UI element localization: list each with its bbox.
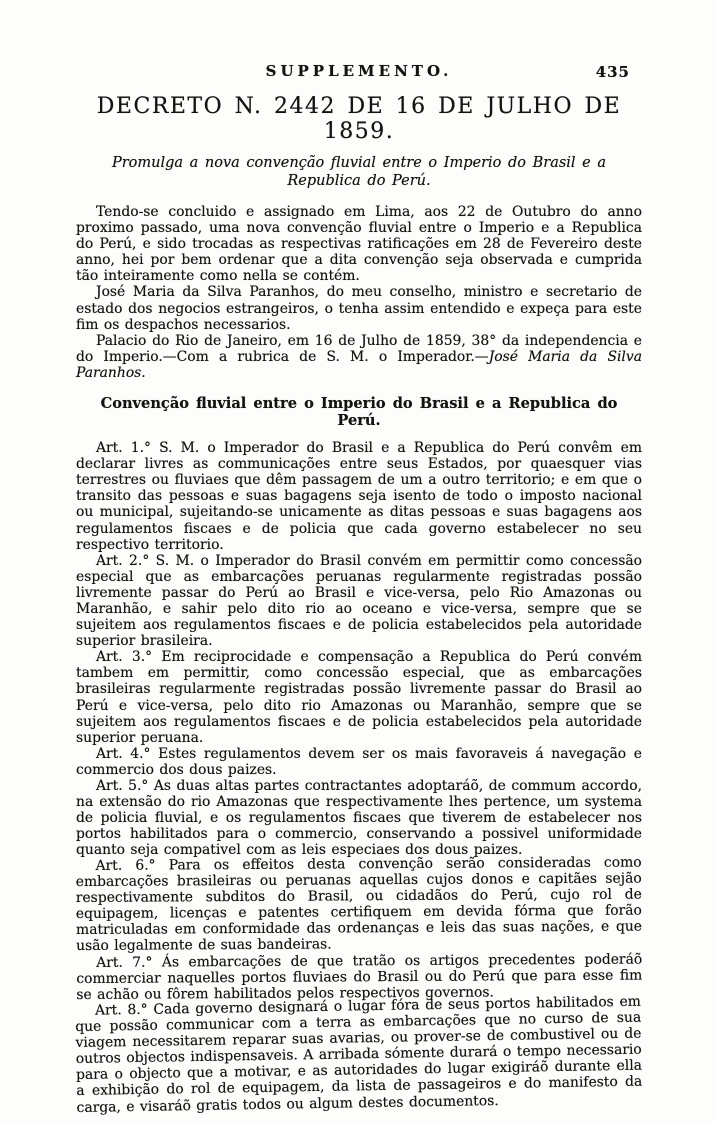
scan-warp-region: Art. 8.° Cada governo designará o lugar … (75, 994, 643, 1116)
decree-title: DECRETO N. 2442 DE 16 DE JULHO DE 1859. (76, 94, 642, 144)
article-text: Cada governo designará o lugar fóra de s… (75, 994, 642, 1116)
article-label: Art. 6.° (96, 858, 156, 874)
article-label: Art. 7.° (96, 955, 152, 971)
article-paragraph: Art. 6.° Para os effeitos desta convençã… (76, 855, 643, 955)
article-text: S. M. o Imperador do Brasil convém em pe… (76, 553, 642, 649)
article-label: Art. 5.° (96, 778, 148, 794)
article-label: Art. 8.° (95, 1002, 148, 1019)
decree-summary: Promulga a nova convenção fluvial entre … (87, 154, 630, 190)
preamble-paragraph: Tendo-se concluido e assignado em Lima, … (76, 204, 642, 284)
article-text: As duas altas partes contractantes adopt… (76, 778, 642, 858)
journal-title: SUPPLEMENTO. (76, 62, 642, 80)
article-paragraph: Art. 8.° Cada governo designará o lugar … (75, 994, 643, 1116)
article-text: Para os effeitos desta convenção serão c… (76, 855, 642, 955)
article-label: Art. 3.° (96, 649, 152, 665)
preamble-closing-paragraph: Palacio do Rio de Janeiro, em 16 de Julh… (76, 333, 642, 381)
running-header: SUPPLEMENTO. 435 (76, 62, 642, 86)
article-paragraph: Art. 5.° As duas altas partes contractan… (76, 778, 642, 858)
preamble-paragraph: José Maria da Silva Paranhos, do meu con… (76, 284, 642, 332)
article-label: Art. 1.° (96, 440, 151, 456)
article-text: Em reciprocidade e compensação a Republi… (76, 649, 642, 745)
article-paragraph: Art. 1.° S. M. o Imperador do Brasil e a… (76, 440, 642, 553)
scanned-document-page: SUPPLEMENTO. 435 DECRETO N. 2442 DE 16 D… (0, 0, 714, 1125)
article-paragraph: Art. 3.° Em reciprocidade e compensação … (76, 649, 642, 746)
article-label: Art. 4.° (96, 746, 150, 762)
article-paragraph: Art. 4.° Estes regulamentos devem ser os… (76, 746, 642, 778)
convention-heading: Convenção fluvial entre o Imperio do Bra… (76, 395, 642, 429)
scan-warp-region: Art. 6.° Para os effeitos desta convençã… (76, 855, 643, 1003)
article-text: Estes regulamentos devem ser os mais fav… (76, 746, 642, 778)
article-paragraph: Art. 2.° S. M. o Imperador do Brasil con… (76, 553, 642, 650)
article-label: Art. 2.° (96, 553, 149, 569)
article-text: S. M. o Imperador do Brasil e a Republic… (76, 440, 642, 553)
page-number: 435 (596, 63, 630, 81)
